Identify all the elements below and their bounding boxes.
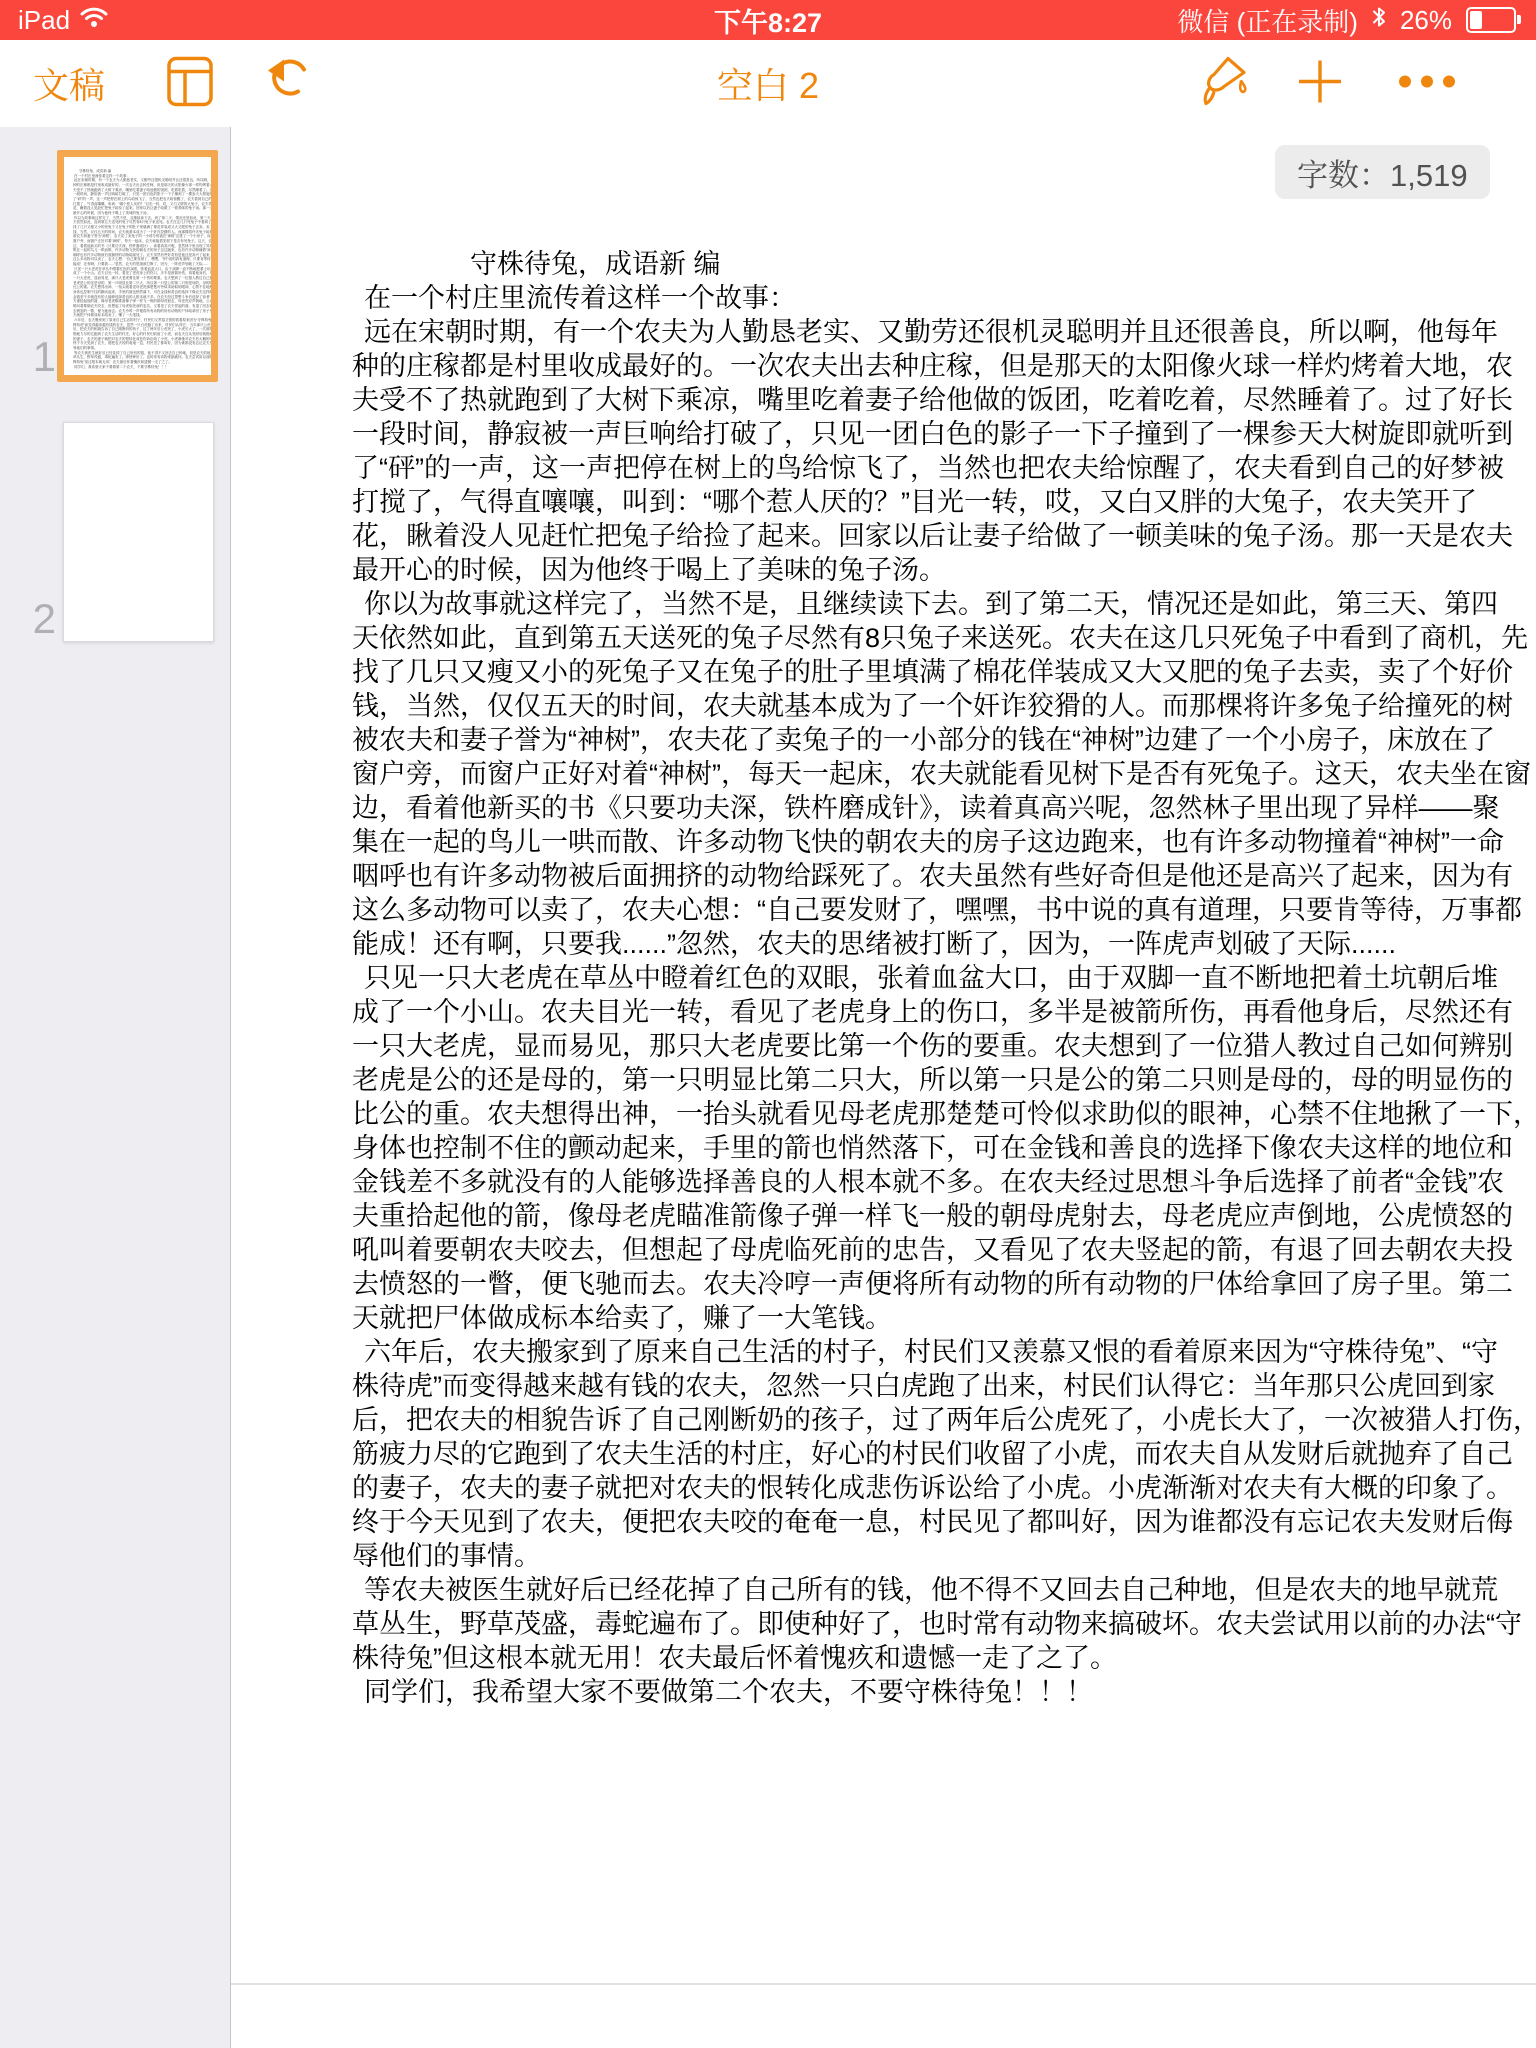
text-line: 成了一个小山。农夫目光一转，看见了老虎身上的伤口，多半是被箭所伤，再看他身后，尽… <box>352 995 1536 1029</box>
text-line: 了“砰”的一声，这一声把停在树上的鸟给惊飞了，当然也把农夫给惊醒了，农夫看到自己… <box>352 451 1536 485</box>
page-2-thumbnail[interactable] <box>63 422 214 642</box>
text-line: 去愤怒的一瞥，便飞驰而去。农夫冷哼一声便将所有动物的所有动物的尸体给拿回了房子里… <box>352 1267 1536 1301</box>
text-line: 六年后，农夫搬家到了原来自己生活的村子，村民们又羡慕又恨的看着原来因为“守株待兔… <box>352 1335 1536 1369</box>
page-2-number: 2 <box>22 595 56 643</box>
text-line: 在一个村庄里流传着这样一个故事： <box>352 281 1536 315</box>
text-line: 夫受不了热就跑到了大树下乘凉，嘴里吃着妻子给他做的饭团，吃着吃着，尽然睡着了。过… <box>352 383 1536 417</box>
battery-icon <box>1466 7 1516 33</box>
pages-app-window: iPad 下午8:27 微信 (正在录制) 26% <box>0 0 1536 2048</box>
page-thumbnails-sidebar: 守株待兔，成语新 编 在一个村庄里流传着这样一个故事： 远在宋朝时期，有一个农夫… <box>0 127 231 2048</box>
text-line: 打搅了，气得直嚷嚷，叫到：“哪个惹人厌的？”目光一转，哎，又白又胖的大兔子，农夫… <box>352 485 1536 519</box>
text-line: 吼叫着要朝农夫咬去，但想起了母虎临死前的忠告，又看见了农夫竖起的箭，有退了回去朝… <box>352 1233 1536 1267</box>
text-line: 你以为故事就这样完了，当然不是，且继续读下去。到了第二天，情况还是如此，第三天、… <box>352 587 1536 621</box>
text-line: 守株待兔，成语新 编 <box>352 247 1536 281</box>
text-line: 终于今天见到了农夫，便把农夫咬的奄奄一息，村民见了都叫好，因为谁都没有忘记农夫发… <box>352 1505 1536 1539</box>
text-line: 天依然如此，直到第五天送死的兔子尽然有8只兔子来送死。农夫在这几只死兔子中看到了… <box>352 621 1536 655</box>
page-boundary-line <box>231 1983 1536 1985</box>
text-line: 种的庄稼都是村里收成最好的。一次农夫出去种庄稼，但是那天的太阳像火球一样灼烤着大… <box>352 349 1536 383</box>
text-line: 找了几只又瘦又小的死兔子又在兔子的肚子里填满了棉花佯装成又大又肥的兔子去卖，卖了… <box>352 655 1536 689</box>
text-line: 一段时间，静寂被一声巨响给打破了，只见一团白色的影子一下子撞到了一棵参天大树旋即… <box>352 417 1536 451</box>
text-line: 天就把尸体做成标本给卖了，赚了一大笔钱。 <box>352 1301 1536 1335</box>
text-line: 筋疲力尽的它跑到了农夫生活的村庄，好心的村民们收留了小虎，而农夫自从发财后就抛弃… <box>352 1437 1536 1471</box>
text-line: 最开心的时候，因为他终于喝上了美味的兔子汤。 <box>352 553 1536 587</box>
page-1-thumbnail[interactable]: 守株待兔，成语新 编 在一个村庄里流传着这样一个故事： 远在宋朝时期，有一个农夫… <box>57 150 218 382</box>
text-line: 钱，当然，仅仅五天的时间，农夫就基本成为了一个奸诈狡猾的人。而那棵将许多兔子给撞… <box>352 689 1536 723</box>
add-icon[interactable] <box>1296 57 1344 110</box>
text-line: 边，看着他新买的书《只要功夫深，铁杵磨成针》，读着真高兴呢，忽然林子里出现了异样… <box>352 791 1536 825</box>
text-line: 金钱差不多就没有的人能够选择善良的人根本就不多。在农夫经过思想斗争后选择了前者“… <box>352 1165 1536 1199</box>
text-line: 被农夫和妻子誉为“神树”，农夫花了卖兔子的一小部分的钱在“神树”边建了一个小房子… <box>352 723 1536 757</box>
text-line: 咽呼也有许多动物被后面拥挤的动物给踩死了。农夫虽然有些好奇但是他还是高兴了起来，… <box>352 859 1536 893</box>
document-lines: 守株待兔，成语新 编在一个村庄里流传着这样一个故事：远在宋朝时期，有一个农夫为人… <box>352 247 1536 1709</box>
text-line: 后，把农夫的相貌告诉了自己刚断奶的孩子，过了两年后公虎死了，小虎长大了，一次被猎… <box>352 1403 1536 1437</box>
text-line: 这么多动物可以卖了，农夫心想：“自己要发财了，嘿嘿，书中说的真有道理，只要肯等待… <box>352 893 1536 927</box>
format-brush-icon[interactable] <box>1198 54 1250 113</box>
word-count-badge[interactable]: 字数：1,519 <box>1275 145 1490 199</box>
text-line: 身体也控制不住的颤动起来，手里的箭也悄然落下，可在金钱和善良的选择下像农夫这样的… <box>352 1131 1536 1165</box>
text-line: 株待虎”而变得越来越有钱的农夫，忽然一只白虎跑了出来，村民们认得它：当年那只公虎… <box>352 1369 1536 1403</box>
text-line: 比公的重。农夫想得出神，一抬头就看见母老虎那楚楚可怜似求助似的眼神，心禁不住地揪… <box>352 1097 1536 1131</box>
text-line: 只见一只大老虎在草丛中瞪着红色的双眼，张着血盆大口，由于双脚一直不断地把着土坑朝… <box>352 961 1536 995</box>
text-line: 一只大老虎，显而易见，那只大老虎要比第一个伤的要重。农夫想到了一位猎人教过自己如… <box>352 1029 1536 1063</box>
text-line: 集在一起的鸟儿一哄而散、许多动物飞快的朝农夫的房子这边跑来，也有许多动物撞着“神… <box>352 825 1536 859</box>
toolbar: 文稿 空白 2 <box>0 40 1536 128</box>
text-line: 能成！还有啊，只要我......”忽然，农夫的思绪被打断了，因为，一阵虎声划破了… <box>352 927 1536 961</box>
text-line: 老虎是公的还是母的，第一只明显比第二只大，所以第一只是公的第二只则是母的，母的明… <box>352 1063 1536 1097</box>
text-line: 同学们，我希望大家不要做第二个农夫，不要守株待兔！！！ <box>352 1675 1536 1709</box>
text-line: 夫重拾起他的箭，像母老虎瞄准箭像子弹一样飞一般的朝母虎射去，母老虎应声倒地，公虎… <box>352 1199 1536 1233</box>
battery-percent-label: 26% <box>1400 5 1452 36</box>
text-line: 株待兔”但这根本就无用！农夫最后怀着愧疚和遗憾一走了之了。 <box>352 1641 1536 1675</box>
text-line: 等农夫被医生就好后已经花掉了自己所有的钱，他不得不又回去自己种地，但是农夫的地早… <box>352 1573 1536 1607</box>
text-line: 辱他们的事情。 <box>352 1539 1536 1573</box>
recording-app-label[interactable]: 微信 (正在录制) <box>1177 2 1358 39</box>
status-bar: iPad 下午8:27 微信 (正在录制) 26% <box>0 0 1536 40</box>
text-line: 草丛生，野草茂盛，毒蛇遍布了。即使种好了，也时常有动物来搞破坏。农夫尝试用以前的… <box>352 1607 1536 1641</box>
page-1-number: 1 <box>22 333 56 381</box>
text-line: 花，瞅着没人见赶忙把兔子给捡了起来。回家以后让妻子给做了一顿美味的兔子汤。那一天… <box>352 519 1536 553</box>
text-line: 远在宋朝时期，有一个农夫为人勤恳老实、又勤劳还很机灵聪明并且还很善良，所以啊，他… <box>352 315 1536 349</box>
page-1-mini-text: 守株待兔，成语新 编 在一个村庄里流传着这样一个故事： 远在宋朝时期，有一个农夫… <box>64 157 211 375</box>
text-line: 的妻子，农夫的妻子就把对农夫的恨转化成悲伤诉讼给了小虎。小虎渐渐对农夫有大概的印… <box>352 1471 1536 1505</box>
document-canvas[interactable]: 字数：1,519 守株待兔，成语新 编在一个村庄里流传着这样一个故事：远在宋朝时… <box>231 127 1536 2048</box>
bluetooth-icon <box>1372 5 1386 36</box>
text-line: 窗户旁，而窗户正好对着“神树”，每天一起床，农夫就能看见树下是否有死兔子。这天，… <box>352 757 1536 791</box>
more-options-icon[interactable] <box>1398 74 1456 93</box>
